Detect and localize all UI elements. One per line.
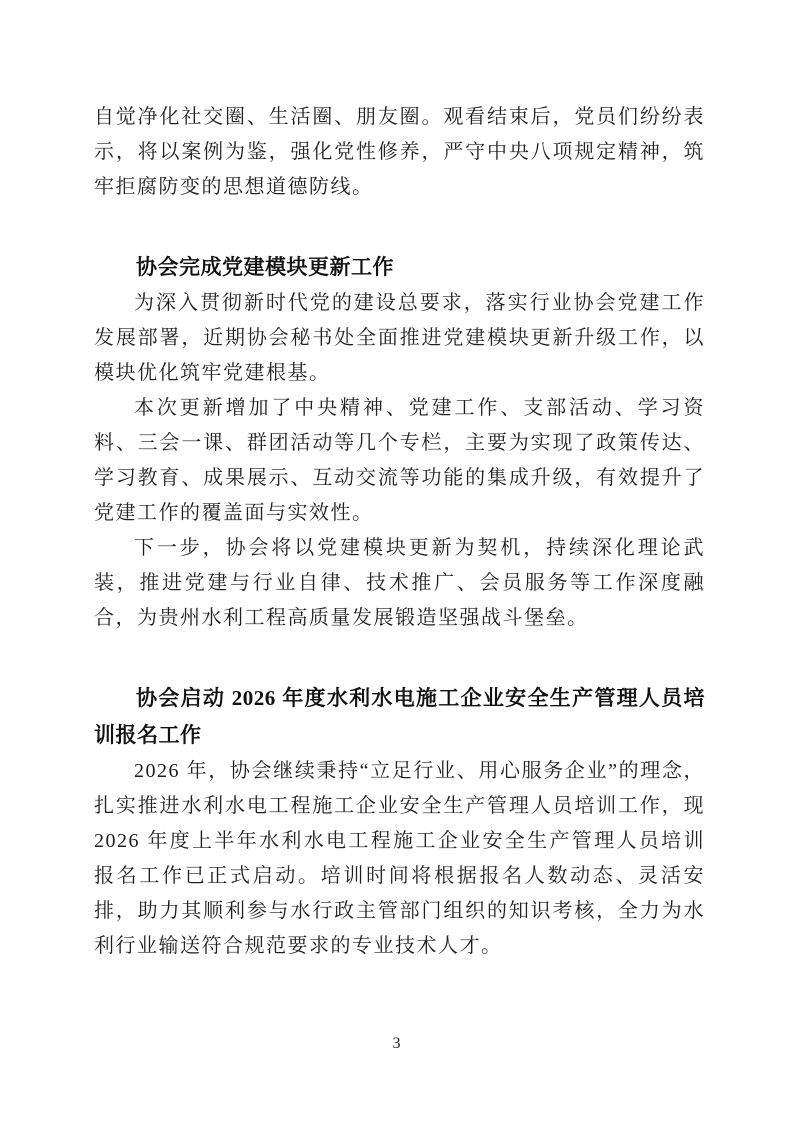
body-paragraph: 2026 年，协会继续秉持“立足行业、用心服务企业”的理念，扎实推进水利水电工程… bbox=[94, 754, 705, 964]
document-page: 自觉净化社交圈、生活圈、朋友圈。观看结束后，党员们纷纷表示，将以案例为鉴，强化党… bbox=[0, 0, 793, 1122]
page-number: 3 bbox=[0, 1034, 793, 1054]
body-paragraph: 本次更新增加了中央精神、党建工作、支部活动、学习资料、三会一课、群团活动等几个专… bbox=[94, 391, 705, 531]
section-heading: 协会启动 2026 年度水利水电施工企业安全生产管理人员培训报名工作 bbox=[94, 680, 705, 754]
body-paragraph: 自觉净化社交圈、生活圈、朋友圈。观看结束后，党员们纷纷表示，将以案例为鉴，强化党… bbox=[94, 100, 705, 205]
body-paragraph: 为深入贯彻新时代党的建设总要求，落实行业协会党建工作发展部署，近期协会秘书处全面… bbox=[94, 286, 705, 391]
body-paragraph: 下一步，协会将以党建模块更新为契机，持续深化理论武装，推进党建与行业自律、技术推… bbox=[94, 531, 705, 636]
section-heading: 协会完成党建模块更新工作 bbox=[94, 249, 705, 286]
document-body: 自觉净化社交圈、生活圈、朋友圈。观看结束后，党员们纷纷表示，将以案例为鉴，强化党… bbox=[94, 100, 705, 964]
